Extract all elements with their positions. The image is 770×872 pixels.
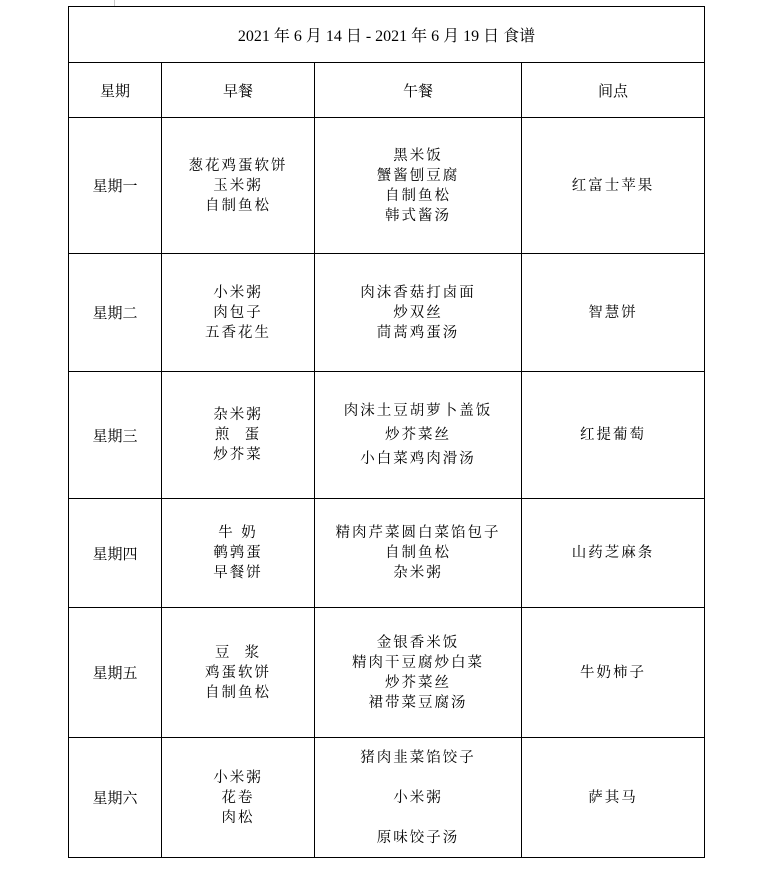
menu-item: 鸡蛋软饼 <box>162 663 314 683</box>
header-snack: 间点 <box>522 63 705 118</box>
menu-item: 肉松 <box>162 808 314 828</box>
snack-cell: 红提葡萄 <box>522 372 705 499</box>
breakfast-cell: 豆 浆 鸡蛋软饼 自制鱼松 <box>162 608 315 738</box>
menu-item: 自制鱼松 <box>162 196 314 216</box>
lunch-cell: 猪肉韭菜馅饺子 小米粥 原味饺子汤 <box>315 738 522 858</box>
menu-item: 牛 奶 <box>162 523 314 543</box>
breakfast-cell: 小米粥 花卷 肉松 <box>162 738 315 858</box>
day-cell: 星期五 <box>69 608 162 738</box>
table-row: 星期六 小米粥 花卷 肉松 猪肉韭菜馅饺子 小米粥 原味饺子汤 萨其马 <box>69 738 705 858</box>
menu-item: 自制鱼松 <box>162 683 314 703</box>
menu-item: 煎 蛋 <box>162 425 314 445</box>
menu-item: 红提葡萄 <box>522 425 704 445</box>
menu-item: 豆 浆 <box>162 643 314 663</box>
breakfast-cell: 葱花鸡蛋软饼 玉米粥 自制鱼松 <box>162 118 315 254</box>
breakfast-cell: 牛 奶 鹌鹑蛋 早餐饼 <box>162 499 315 608</box>
snack-cell: 萨其马 <box>522 738 705 858</box>
header-row: 星期 早餐 午餐 间点 <box>69 63 705 118</box>
menu-item: 肉沫土豆胡萝卜盖饭 <box>315 399 521 423</box>
menu-title: 2021 年 6 月 14 日 - 2021 年 6 月 19 日 食谱 <box>69 7 705 63</box>
snack-cell: 智慧饼 <box>522 254 705 372</box>
menu-item: 智慧饼 <box>522 303 704 323</box>
day-cell: 星期一 <box>69 118 162 254</box>
menu-item: 原味饺子汤 <box>315 828 521 848</box>
menu-item: 葱花鸡蛋软饼 <box>162 156 314 176</box>
breakfast-cell: 杂米粥 煎 蛋 炒芥菜 <box>162 372 315 499</box>
menu-item: 萨其马 <box>522 788 704 808</box>
menu-item: 山药芝麻条 <box>522 543 704 563</box>
menu-item: 鹌鹑蛋 <box>162 543 314 563</box>
menu-item: 牛奶柿子 <box>522 663 704 683</box>
menu-item: 炒芥菜丝 <box>315 423 521 447</box>
snack-cell: 红富士苹果 <box>522 118 705 254</box>
day-cell: 星期四 <box>69 499 162 608</box>
menu-item: 炒芥菜丝 <box>315 673 521 693</box>
menu-item: 炒芥菜 <box>162 445 314 465</box>
breakfast-cell: 小米粥 肉包子 五香花生 <box>162 254 315 372</box>
menu-item: 小米粥 <box>162 768 314 788</box>
menu-item: 五香花生 <box>162 323 314 343</box>
blank-line <box>315 808 521 828</box>
snack-cell: 牛奶柿子 <box>522 608 705 738</box>
menu-item: 茼蒿鸡蛋汤 <box>315 323 521 343</box>
day-cell: 星期六 <box>69 738 162 858</box>
snack-cell: 山药芝麻条 <box>522 499 705 608</box>
menu-item: 杂米粥 <box>162 405 314 425</box>
header-day: 星期 <box>69 63 162 118</box>
menu-item: 裙带菜豆腐汤 <box>315 693 521 713</box>
weekly-menu-table: 2021 年 6 月 14 日 - 2021 年 6 月 19 日 食谱 星期 … <box>68 6 705 858</box>
lunch-cell: 金银香米饭 精肉干豆腐炒白菜 炒芥菜丝 裙带菜豆腐汤 <box>315 608 522 738</box>
day-cell: 星期二 <box>69 254 162 372</box>
blank-line <box>315 768 521 788</box>
lunch-cell: 肉沫香菇打卤面 炒双丝 茼蒿鸡蛋汤 <box>315 254 522 372</box>
table-row: 星期四 牛 奶 鹌鹑蛋 早餐饼 精肉芹菜圆白菜馅包子 自制鱼松 杂米粥 山药芝麻… <box>69 499 705 608</box>
lunch-cell: 精肉芹菜圆白菜馅包子 自制鱼松 杂米粥 <box>315 499 522 608</box>
lunch-cell: 黑米饭 蟹酱刨豆腐 自制鱼松 韩式酱汤 <box>315 118 522 254</box>
menu-item: 肉包子 <box>162 303 314 323</box>
menu-item: 小米粥 <box>315 788 521 808</box>
menu-item: 猪肉韭菜馅饺子 <box>315 748 521 768</box>
menu-item: 肉沫香菇打卤面 <box>315 283 521 303</box>
header-breakfast: 早餐 <box>162 63 315 118</box>
menu-item: 小白菜鸡肉滑汤 <box>315 447 521 471</box>
menu-item: 自制鱼松 <box>315 543 521 563</box>
menu-item: 小米粥 <box>162 283 314 303</box>
day-cell: 星期三 <box>69 372 162 499</box>
menu-item: 黑米饭 <box>315 146 521 166</box>
menu-item: 精肉干豆腐炒白菜 <box>315 653 521 673</box>
table-row: 星期五 豆 浆 鸡蛋软饼 自制鱼松 金银香米饭 精肉干豆腐炒白菜 炒芥菜丝 裙带… <box>69 608 705 738</box>
menu-item: 玉米粥 <box>162 176 314 196</box>
menu-item: 红富士苹果 <box>522 176 704 196</box>
title-row: 2021 年 6 月 14 日 - 2021 年 6 月 19 日 食谱 <box>69 7 705 63</box>
menu-item: 精肉芹菜圆白菜馅包子 <box>315 523 521 543</box>
table-row: 星期三 杂米粥 煎 蛋 炒芥菜 肉沫土豆胡萝卜盖饭 炒芥菜丝 小白菜鸡肉滑汤 红… <box>69 372 705 499</box>
header-lunch: 午餐 <box>315 63 522 118</box>
menu-item: 杂米粥 <box>315 563 521 583</box>
table-row: 星期二 小米粥 肉包子 五香花生 肉沫香菇打卤面 炒双丝 茼蒿鸡蛋汤 智慧饼 <box>69 254 705 372</box>
menu-item: 花卷 <box>162 788 314 808</box>
menu-item: 自制鱼松 <box>315 186 521 206</box>
menu-item: 炒双丝 <box>315 303 521 323</box>
menu-item: 蟹酱刨豆腐 <box>315 166 521 186</box>
lunch-cell: 肉沫土豆胡萝卜盖饭 炒芥菜丝 小白菜鸡肉滑汤 <box>315 372 522 499</box>
menu-item: 韩式酱汤 <box>315 206 521 226</box>
table-row: 星期一 葱花鸡蛋软饼 玉米粥 自制鱼松 黑米饭 蟹酱刨豆腐 自制鱼松 韩式酱汤 … <box>69 118 705 254</box>
menu-item: 早餐饼 <box>162 563 314 583</box>
menu-item: 金银香米饭 <box>315 633 521 653</box>
